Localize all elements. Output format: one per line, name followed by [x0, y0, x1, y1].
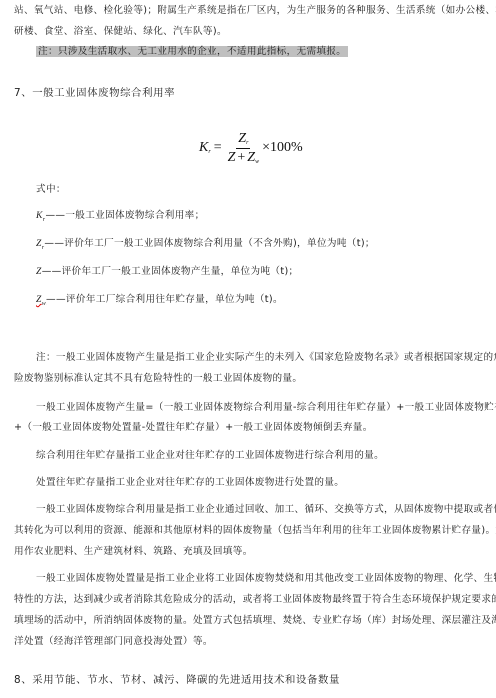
note-paragraph: 处置往年贮存量指工业企业对往年贮存的工业固体废物进行处置的量。: [36, 476, 488, 490]
section-8-heading: 8、采用节能、节水、节材、减污、降碳的先进适用技术和设备数量: [14, 673, 488, 687]
note-paragraph: 一般工业固体废物产生量=（一般工业固体废物综合利用量-综合利用往年贮存量）+一般…: [36, 401, 488, 415]
definition-zw: Zw——评价年工厂综合利用往年贮存量，单位为吨（t)。: [36, 293, 488, 311]
note-paragraph: 填埋场的活动中，所消纳固体废物的量。处置方式包括填埋、焚烧、专业贮存场（库）封场…: [14, 614, 488, 628]
paragraph-line: 研楼、食堂、浴室、保健站、绿化、汽车队等)。: [14, 25, 488, 39]
note-paragraph: 注：一般工业固体废物产生量是指工业企业实际产生的未列入《国家危险废物名录》或者根…: [36, 351, 488, 365]
formula-equals: =: [214, 140, 222, 156]
note-paragraph: 特性的方法，达到减少或者消除其危险成分的活动，或者将工业固体废物最终置于符合生态…: [14, 593, 488, 607]
where-label: 式中：: [36, 183, 488, 197]
formula-numerator: Zr: [236, 131, 250, 149]
document-page: 站、氧气站、电修、检化验等)；附属生产系统是指在厂区内，为生产服务的各种服务、生…: [0, 0, 496, 698]
spellcheck-underline: Zw: [36, 294, 46, 305]
formula-fraction: Zr Z+Zw: [228, 131, 260, 166]
utilization-rate-formula: Kr = Zr Z+Zw ×100%: [199, 126, 303, 170]
note-water-row: 注：只涉及生活取水、无工业用水的企业，不适用此指标，无需填报。: [36, 45, 488, 59]
note-paragraph: 洋处置（经海洋管理部门同意投海处置）等。: [14, 635, 488, 649]
definition-kr: Kr——一般工业固体废物综合利用率；: [36, 209, 488, 227]
paragraph-line: 站、氧气站、电修、检化验等)；附属生产系统是指在厂区内，为生产服务的各种服务、生…: [14, 4, 488, 18]
note-paragraph: 综合利用往年贮存量指工业企业对往年贮存的工业固体废物进行综合利用的量。: [36, 449, 488, 463]
note-paragraph: 用作农业肥料、生产建筑材料、筑路、充填及回填等。: [14, 545, 488, 559]
note-paragraph: 一般工业固体废物综合利用量是指工业企业通过回收、加工、循环、交换等方式，从固体废…: [36, 503, 488, 517]
note-paragraph: 一般工业固体废物处置量是指工业企业将工业固体废物焚烧和用其他改变工业固体废物的物…: [36, 572, 488, 586]
section-7-heading: 7、一般工业固体废物综合利用率: [14, 86, 488, 100]
note-paragraph: 险废物鉴别标准认定其不具有危险特性的一般工业固体废物的量。: [14, 372, 488, 386]
note-paragraph: +（一般工业固体废物处置量-处置往年贮存量）+一般工业固体废物倾倒丢弃量。: [14, 421, 488, 435]
highlighted-note: 注：只涉及生活取水、无工业用水的企业，不适用此指标，无需填报。: [36, 46, 348, 57]
definition-zr: Zr——评价年工厂一般工业固体废物综合利用量（不含外购)，单位为吨（t)；: [36, 237, 488, 255]
formula-multiplier: ×100%: [262, 140, 303, 156]
definition-z: Z——评价年工厂一般工业固体废物产生量，单位为吨（t)；: [36, 265, 488, 279]
formula-denominator: Z+Zw: [228, 149, 260, 166]
note-paragraph: 其转化为可以利用的资源、能源和其他原材料的固体废物量（包括当年利用的往年工业固体…: [14, 524, 488, 538]
formula-lhs: Kr: [199, 140, 211, 156]
